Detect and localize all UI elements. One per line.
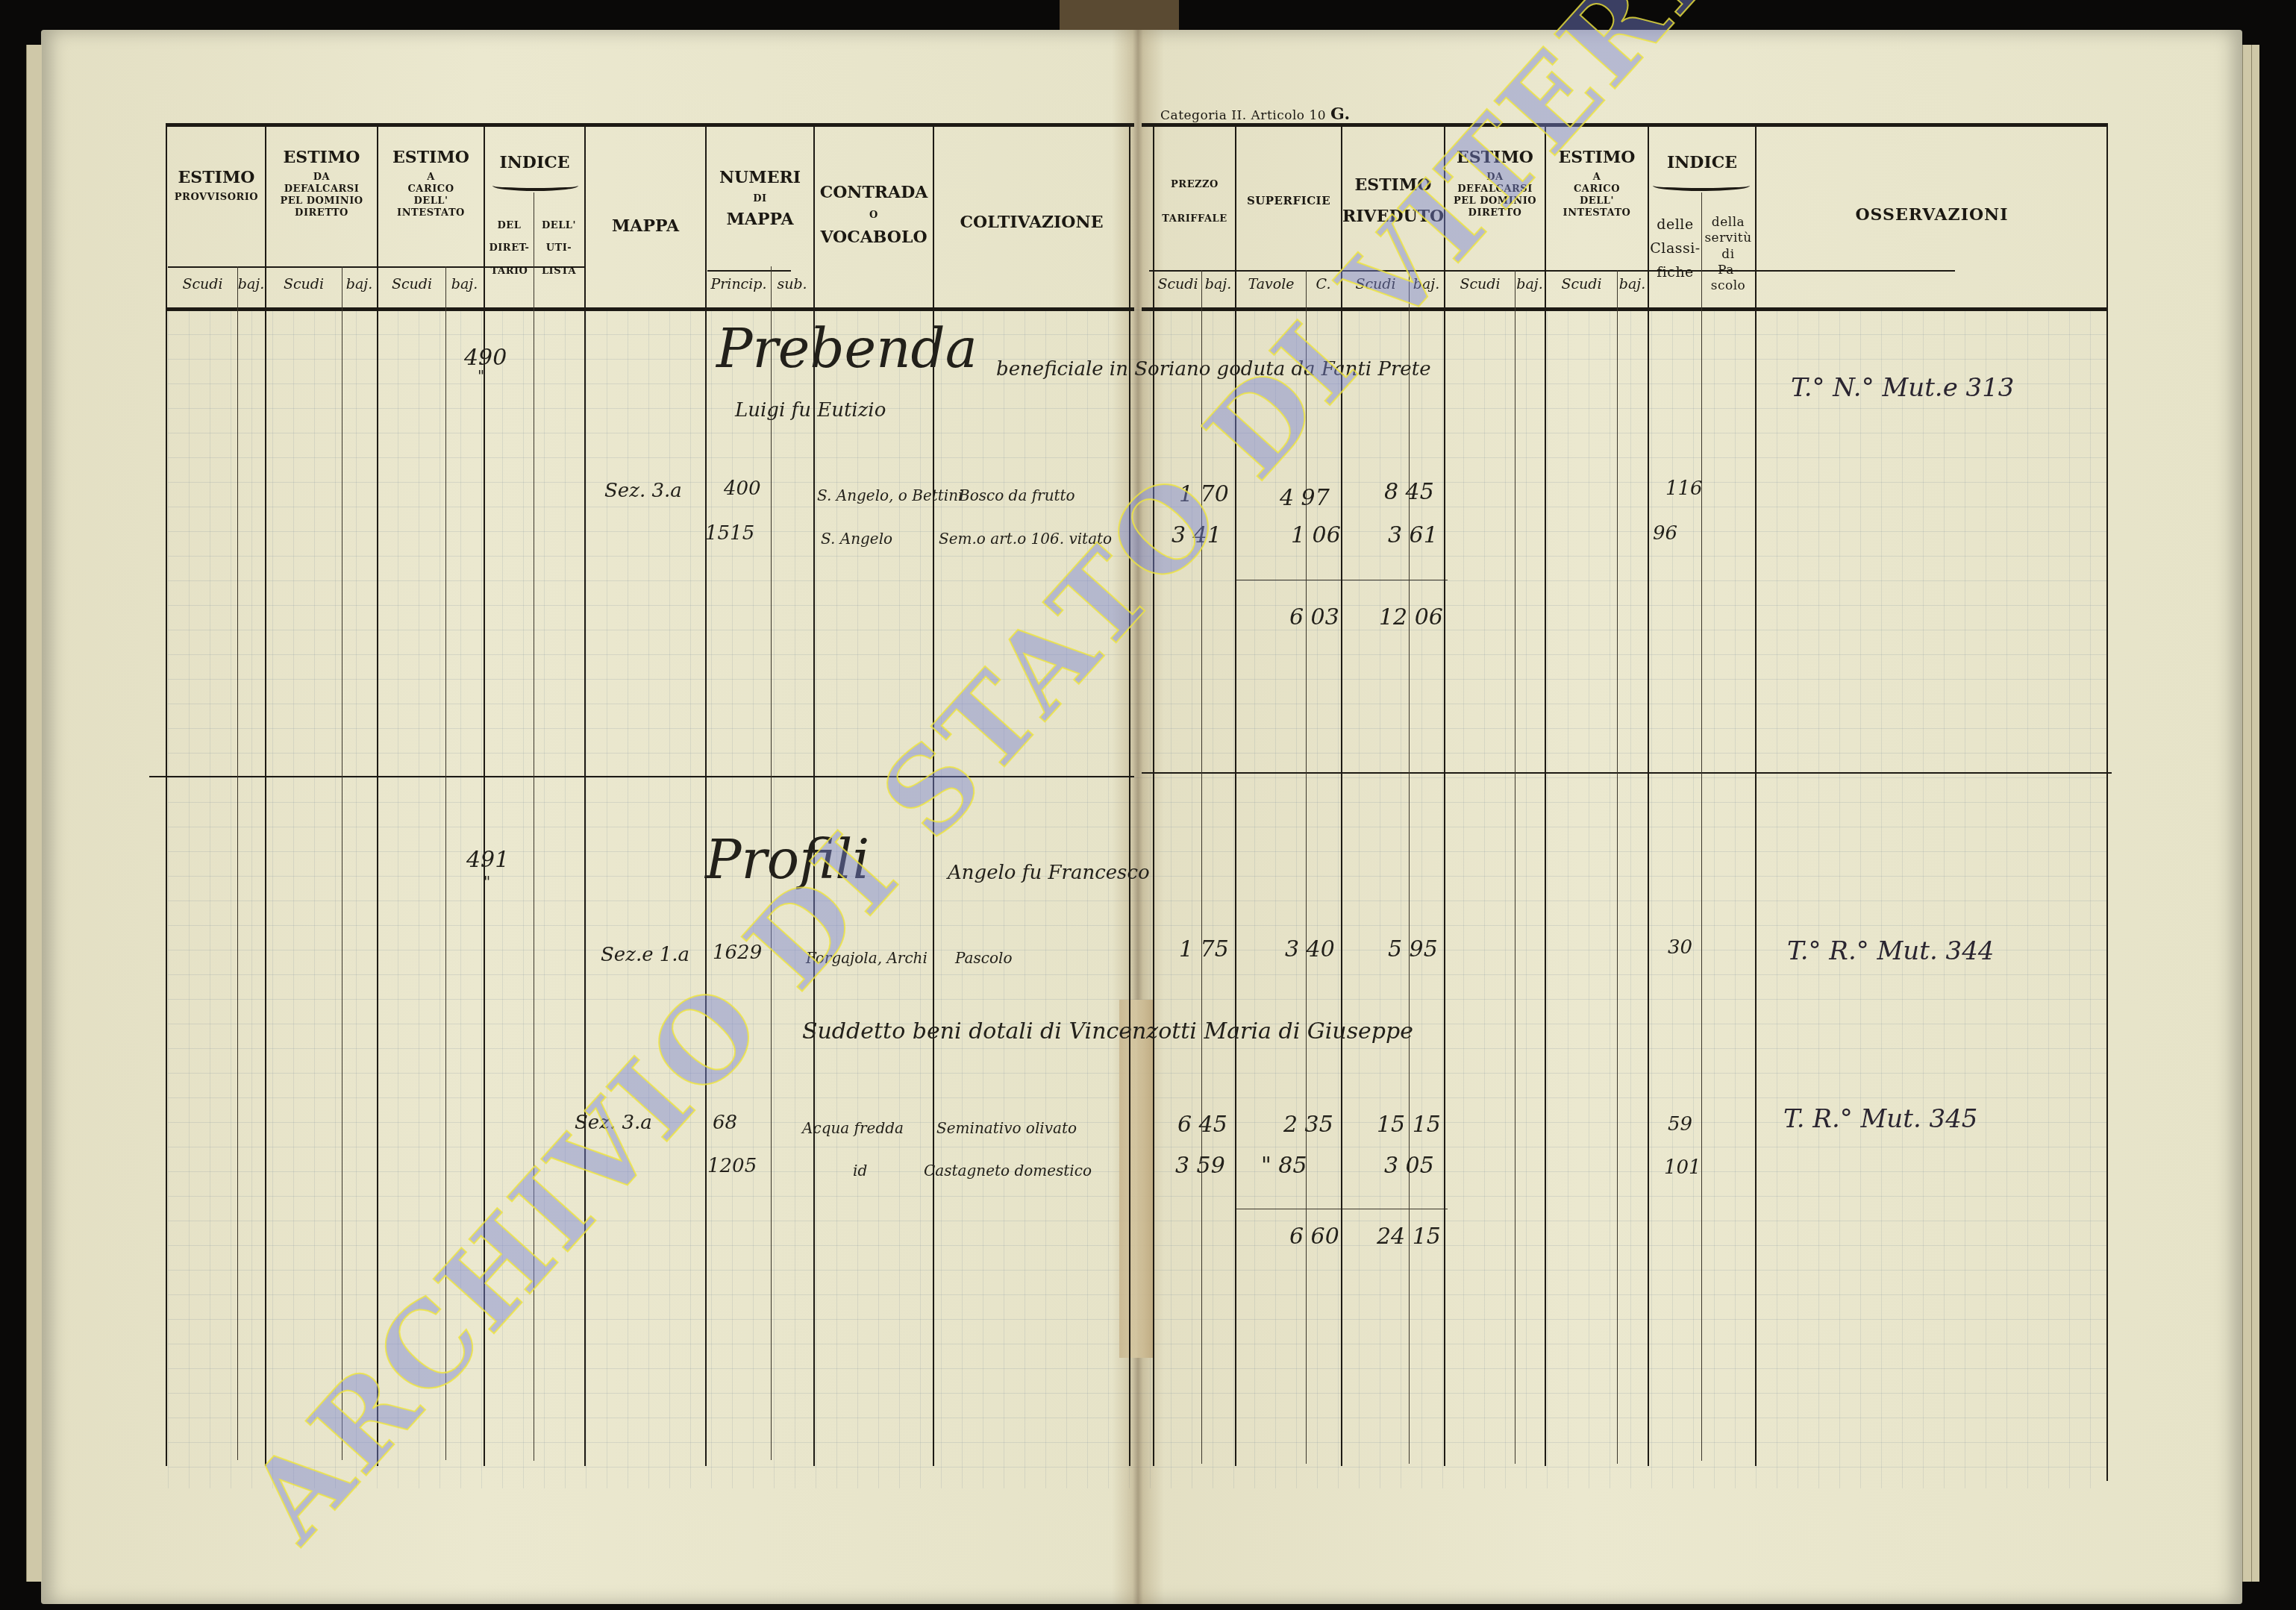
parcel-estimo: 8 45 — [1384, 479, 1434, 505]
dotal-goods-note: Suddetto beni dotali di Vincenzotti Mari… — [802, 1018, 1413, 1044]
subheader-dell-utilista: DELL' UTI- LISTA — [534, 220, 584, 278]
subheader-principale: Princip. — [707, 276, 771, 292]
subheader-scudi: Scudi — [378, 276, 445, 292]
parcel-prezzo: 3 59 — [1175, 1153, 1225, 1179]
parcel-contrada: S. Angelo — [821, 530, 892, 548]
category-letter: G. — [1330, 104, 1351, 124]
col-header-coltivazione: COLTIVAZIONE — [934, 213, 1129, 237]
col-header-indice-right: INDICE — [1649, 153, 1755, 177]
header-line: PROVVISORIO — [168, 192, 265, 204]
subheader-scudi: Scudi — [168, 276, 237, 292]
parcel-classifiche: 59 — [1668, 1113, 1692, 1136]
subheader-scudi: Scudi — [266, 276, 341, 292]
header-line: VOCABOLO — [815, 228, 933, 248]
category-text: Categoria II. Articolo 10 — [1160, 108, 1326, 123]
column-rule — [1444, 123, 1445, 1466]
header-title: SUPERFICIE — [1236, 194, 1341, 208]
parcel-contrada: Acqua fredda — [802, 1119, 904, 1137]
header-line: di — [1701, 247, 1755, 263]
header-title: ESTIMO — [266, 148, 377, 169]
header-line: INTESTATO — [1546, 207, 1648, 219]
parcel-contrada: id — [853, 1162, 867, 1180]
parcel-contrada: S. Angelo, o Bettini — [817, 486, 963, 504]
subheader-baj: baj. — [237, 276, 265, 292]
subheader-delle-classifiche: delle Classi- fiche — [1649, 216, 1701, 281]
header-title: MAPPA — [586, 216, 705, 237]
col-header-prezzo-tariffale: PREZZO TARIFFALE — [1154, 179, 1235, 226]
parcel-numero: 1515 — [705, 522, 754, 545]
parcel-numero: 400 — [724, 477, 761, 500]
observation-note: T.° R.° Mut. 344 — [1787, 936, 1994, 966]
header-title: COLTIVAZIONE — [934, 213, 1129, 234]
subheader-scudi: Scudi — [1546, 276, 1617, 292]
header-line: fiche — [1649, 264, 1701, 282]
header-title: INDICE — [485, 153, 584, 174]
col-header-estimo-carico: ESTIMO A CARICO DELL' INTESTATO — [378, 148, 484, 220]
header-line: scolo — [1701, 278, 1755, 294]
total-estimo: 24 15 — [1377, 1224, 1441, 1250]
header-line: servitù — [1701, 231, 1755, 246]
header-title: CONTRADA — [815, 183, 933, 204]
header-title: ESTIMO — [168, 168, 265, 189]
parcel-estimo: 3 05 — [1384, 1153, 1434, 1179]
header-line: MAPPA — [707, 210, 813, 231]
parcel-numero: 1205 — [707, 1155, 757, 1177]
repair-tape — [1119, 1000, 1154, 1358]
column-rule — [1153, 123, 1154, 1466]
column-rule — [377, 123, 378, 1466]
header-line: della — [1701, 215, 1755, 231]
col-header-contrada: CONTRADA O VOCABOLO — [815, 183, 933, 251]
parcel-classifiche: 116 — [1665, 477, 1703, 500]
column-rule — [1129, 123, 1130, 1466]
holder-surname: Prebenda — [716, 317, 977, 380]
col-header-estimo-provvisorio: ESTIMO PROVVISORIO — [168, 168, 265, 204]
parcel-estimo: 5 95 — [1388, 936, 1438, 962]
column-rule — [1545, 123, 1546, 1466]
observation-note: T. R.° Mut. 345 — [1783, 1104, 1977, 1134]
category-heading: Categoria II. Articolo 10 G. — [1160, 104, 1351, 124]
parcel-superficie: 2 35 — [1283, 1112, 1333, 1138]
ditto-mark: " — [484, 873, 490, 891]
header-line: DEL — [485, 220, 534, 232]
parcel-coltivazione: Castagneto domestico — [924, 1162, 1092, 1180]
bookmark-ribbon — [1060, 0, 1179, 30]
col-header-numeri-mappa: NUMERI DI MAPPA — [707, 168, 813, 233]
parcel-mappa: Sez.e 1.a — [601, 944, 689, 966]
column-rule — [1755, 123, 1757, 1466]
header-line: Classi- — [1649, 240, 1701, 258]
parcel-coltivazione: Seminativo olivato — [936, 1119, 1077, 1137]
header-bottom-rule — [166, 307, 1134, 311]
col-header-estimo-defalcarsi: ESTIMO DA DEFALCARSI PEL DOMINIO DIRETTO — [266, 148, 377, 220]
header-line: O — [815, 210, 933, 222]
column-rule — [1235, 123, 1236, 1466]
header-line: TARIO — [485, 266, 534, 278]
column-rule — [342, 266, 342, 1460]
table-top-rule — [1142, 123, 2108, 127]
column-rule — [1648, 123, 1649, 1466]
header-line: delle — [1649, 216, 1701, 234]
parcel-classifiche: 101 — [1664, 1156, 1701, 1179]
parcel-coltivazione: Pascolo — [955, 949, 1012, 967]
holder-line2: Luigi fu Eutizio — [735, 399, 886, 422]
scanned-ledger-spread: Categoria II. Articolo 10 G. ESTIMO PROV… — [0, 0, 2296, 1610]
subheader-sub: sub. — [771, 276, 813, 292]
parcel-coltivazione: Bosco da frutto — [959, 486, 1075, 504]
header-line: DI — [707, 193, 813, 205]
page-edges — [2251, 45, 2259, 1582]
header-line: INTESTATO — [378, 207, 484, 219]
column-rule — [265, 123, 266, 1466]
total-superficie: 6 60 — [1289, 1224, 1339, 1250]
header-line: DELL' — [378, 195, 484, 207]
header-brace — [492, 181, 578, 191]
header-line: UTI- — [534, 242, 584, 254]
parcel-prezzo: 1 75 — [1179, 936, 1229, 962]
column-rule — [1617, 270, 1618, 1464]
subheader-servitu-pascolo: della servitù di Pa- scolo — [1701, 215, 1755, 294]
header-title: NUMERI — [707, 168, 813, 189]
col-header-indice: INDICE — [485, 153, 584, 177]
parcel-prezzo: 6 45 — [1177, 1112, 1227, 1138]
column-rule — [1409, 270, 1410, 1464]
header-title: INDICE — [1649, 153, 1755, 174]
parcel-classifiche: 96 — [1653, 522, 1677, 545]
header-line: LISTA — [534, 266, 584, 278]
subheader-baj: baj. — [1617, 276, 1648, 292]
header-line: PEL DOMINIO — [266, 195, 377, 207]
subheader-scudi: Scudi — [1154, 276, 1201, 292]
col-header-superficie: SUPERFICIE — [1236, 194, 1341, 208]
header-line: DIRET- — [485, 242, 534, 254]
subheader-baj: baj. — [342, 276, 377, 292]
subheader-baj: baj. — [445, 276, 484, 292]
parcel-estimo: 15 15 — [1377, 1112, 1441, 1138]
header-title: ESTIMO — [378, 148, 484, 169]
entry-index: 490 — [464, 345, 507, 371]
column-rule — [237, 266, 238, 1460]
column-rule — [166, 123, 167, 1466]
header-line: DELL' — [1546, 195, 1648, 207]
entry-index: 491 — [466, 847, 509, 873]
entry-divider — [1142, 772, 2112, 774]
header-line: Pa- — [1701, 263, 1755, 278]
subheader-del-direttario: DEL DIRET- TARIO — [485, 220, 534, 278]
header-line: CARICO — [378, 184, 484, 195]
subheader-rule — [707, 270, 791, 272]
parcel-superficie: " 85 — [1261, 1153, 1307, 1179]
header-line: DEFALCARSI — [266, 184, 377, 195]
total-estimo: 12 06 — [1379, 604, 1443, 630]
parcel-estimo: 3 61 — [1388, 522, 1438, 548]
column-rule — [1701, 192, 1702, 1461]
observation-note: T.° N.° Mut.e 313 — [1791, 373, 2015, 403]
subheader-baj: baj. — [1515, 276, 1545, 292]
parcel-classifiche: 30 — [1668, 936, 1692, 959]
column-rule — [1515, 270, 1515, 1464]
header-line: DA — [266, 172, 377, 184]
header-title: PREZZO — [1154, 179, 1235, 191]
page-edges-left — [26, 45, 42, 1582]
column-rule — [705, 123, 707, 1466]
parcel-mappa: Sez. 3.a — [604, 480, 682, 502]
header-line: DIRETTO — [266, 207, 377, 219]
header-line: DELL' — [534, 220, 584, 232]
column-rule — [2106, 123, 2108, 1481]
ditto-mark: " — [478, 367, 484, 385]
col-header-mappa: MAPPA — [586, 216, 705, 240]
total-superficie: 6 03 — [1289, 604, 1339, 630]
subheader-baj: baj. — [1201, 276, 1235, 292]
header-line: TARIFFALE — [1154, 213, 1235, 225]
header-brace — [1653, 181, 1750, 191]
parcel-superficie: 3 40 — [1285, 936, 1335, 962]
subheader-rule — [1149, 270, 1955, 272]
col-header-osservazioni: OSSERVAZIONI — [1757, 205, 2107, 229]
parcel-superficie: 1 06 — [1291, 522, 1341, 548]
table-top-rule — [166, 123, 1134, 127]
header-title: OSSERVAZIONI — [1757, 205, 2107, 226]
holder-description: Angelo fu Francesco — [948, 862, 1150, 884]
header-line: A — [378, 172, 484, 184]
book-spine — [1112, 30, 1164, 1604]
